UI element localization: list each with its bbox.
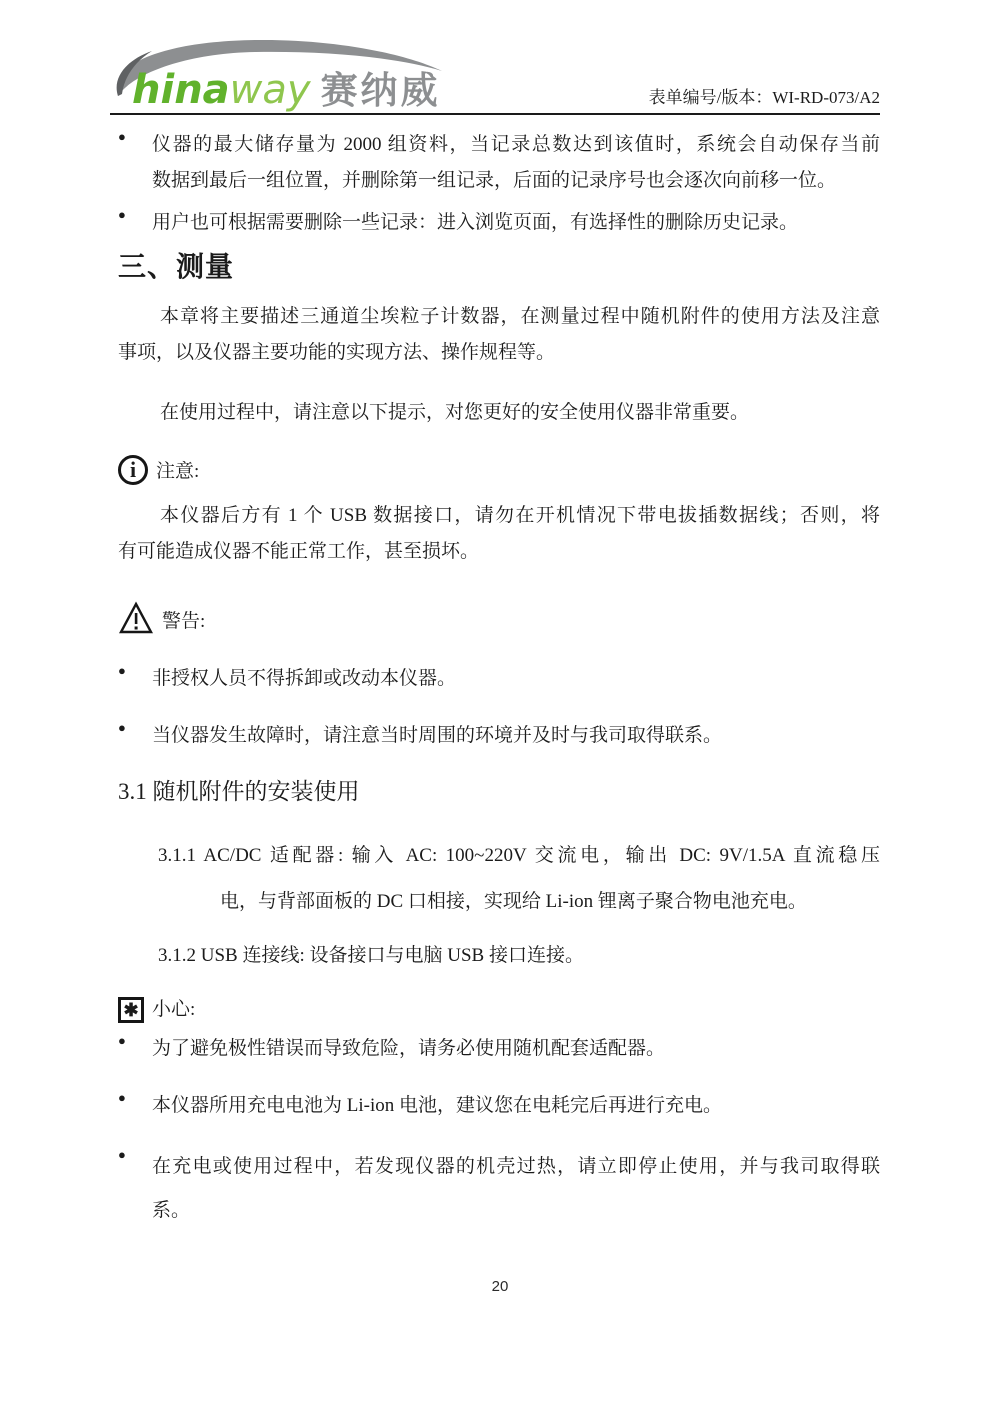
list-item: ● 用户也可根据需要删除一些记录：进入浏览页面，有选择性的删除历史记录。: [118, 205, 880, 241]
warning-label: 警告:: [162, 609, 205, 635]
bullet-text: 本仪器所用充电电池为 Li-ion 电池，建议您在电耗完后再进行充电。: [152, 1088, 880, 1124]
warning-icon: [118, 601, 154, 635]
list-item: ● 在充电或使用过程中，若发现仪器的机壳过热，请立即停止使用，并与我司取得联 系…: [118, 1145, 880, 1233]
bullet-icon: ●: [118, 205, 152, 241]
document-page: hinaway 赛纳威 表单编号/版本：WI-RD-073/A2 ● 仪器的最大…: [0, 0, 1000, 1414]
paragraph: 在使用过程中，请注意以下提示，对您更好的安全使用仪器非常重要。: [118, 395, 880, 431]
page-header: hinaway 赛纳威 表单编号/版本：WI-RD-073/A2: [118, 54, 880, 112]
notice-label: 注意:: [156, 459, 199, 485]
logo-text-hina: hina: [132, 68, 230, 112]
bullet-text: 非授权人员不得拆卸或改动本仪器。: [152, 661, 880, 697]
bullet-icon: ●: [118, 718, 152, 754]
bullet-text: 在充电或使用过程中，若发现仪器的机壳过热，请立即停止使用，并与我司取得联: [152, 1145, 880, 1189]
item-line: 3.1.2 USB 连接线: 设备接口与电脑 USB 接口连接。: [158, 933, 880, 979]
info-icon: i: [118, 455, 148, 485]
page-number: 20: [0, 1278, 1000, 1295]
paragraph-line: 在使用过程中，请注意以下提示，对您更好的安全使用仪器非常重要。: [118, 395, 880, 431]
paragraph-line: 有可能造成仪器不能正常工作，甚至损坏。: [118, 534, 880, 570]
bullet-icon: ●: [118, 1145, 152, 1233]
list-item: ● 非授权人员不得拆卸或改动本仪器。: [118, 661, 880, 697]
list-item: ● 为了避免极性错误而导致危险，请务必使用随机配套适配器。: [118, 1031, 880, 1067]
paragraph-line: 事项，以及仪器主要功能的实现方法、操作规程等。: [118, 335, 880, 371]
notice-paragraph: 本仪器后方有 1 个 USB 数据接口，请勿在开机情况下带电拔插数据线；否则，将…: [118, 498, 880, 570]
caution-icon: ✱: [118, 997, 144, 1023]
bullet-text: 仪器的最大储存量为 2000 组资料，当记录总数达到该值时，系统会自动保存当前: [152, 127, 880, 163]
bullet-icon: ●: [118, 1088, 152, 1124]
bullet-text: 系。: [152, 1189, 880, 1233]
subsection-item: 3.1.2 USB 连接线: 设备接口与电脑 USB 接口连接。: [158, 933, 880, 979]
section-title: 三、测量: [118, 248, 880, 288]
list-item: ● 本仪器所用充电电池为 Li-ion 电池，建议您在电耗完后再进行充电。: [118, 1088, 880, 1124]
bullet-text: 数据到最后一组位置，并删除第一组记录，后面的记录序号也会逐次向前移一位。: [152, 163, 880, 199]
item-line: 电，与背部面板的 DC 口相接，实现给 Li-ion 锂离子聚合物电池充电。: [220, 879, 880, 925]
bullet-icon: ●: [118, 127, 152, 199]
chinaway-logo: hinaway 赛纳威: [118, 54, 441, 112]
list-item: ● 当仪器发生故障时，请注意当时周围的环境并及时与我司取得联系。: [118, 718, 880, 754]
paragraph: 本章将主要描述三通道尘埃粒子计数器，在测量过程中随机附件的使用方法及注意 事项，…: [118, 299, 880, 371]
logo-text-way: way: [230, 68, 311, 112]
paragraph-line: 本章将主要描述三通道尘埃粒子计数器，在测量过程中随机附件的使用方法及注意: [118, 299, 880, 335]
info-icon-glyph: i: [130, 459, 136, 481]
bullet-text: 为了避免极性错误而导致危险，请务必使用随机配套适配器。: [152, 1031, 880, 1067]
caution-icon-glyph: ✱: [123, 1001, 138, 1019]
warning-header: 警告:: [118, 601, 880, 635]
bullet-text: 当仪器发生故障时，请注意当时周围的环境并及时与我司取得联系。: [152, 718, 880, 754]
subsection-item: 3.1.1 AC/DC 适配器: 输入 AC: 100~220V 交流电，输出 …: [158, 833, 880, 925]
bullet-icon: ●: [118, 1031, 152, 1067]
item-line: 3.1.1 AC/DC 适配器: 输入 AC: 100~220V 交流电，输出 …: [158, 833, 880, 879]
list-item: ● 仪器的最大储存量为 2000 组资料，当记录总数达到该值时，系统会自动保存当…: [118, 127, 880, 199]
caution-header: ✱ 小心:: [118, 997, 880, 1023]
caution-label: 小心:: [152, 997, 195, 1023]
bullet-icon: ●: [118, 661, 152, 697]
header-divider: [110, 113, 880, 115]
notice-header: i 注意:: [118, 455, 880, 485]
subsection-title: 3.1 随机附件的安装使用: [118, 776, 880, 808]
paragraph-line: 本仪器后方有 1 个 USB 数据接口，请勿在开机情况下带电拔插数据线；否则，将: [118, 498, 880, 534]
logo-text-cjk: 赛纳威: [321, 70, 441, 112]
form-number-label: 表单编号/版本：WI-RD-073/A2: [649, 83, 880, 112]
bullet-text: 用户也可根据需要删除一些记录：进入浏览页面，有选择性的删除历史记录。: [152, 205, 880, 241]
